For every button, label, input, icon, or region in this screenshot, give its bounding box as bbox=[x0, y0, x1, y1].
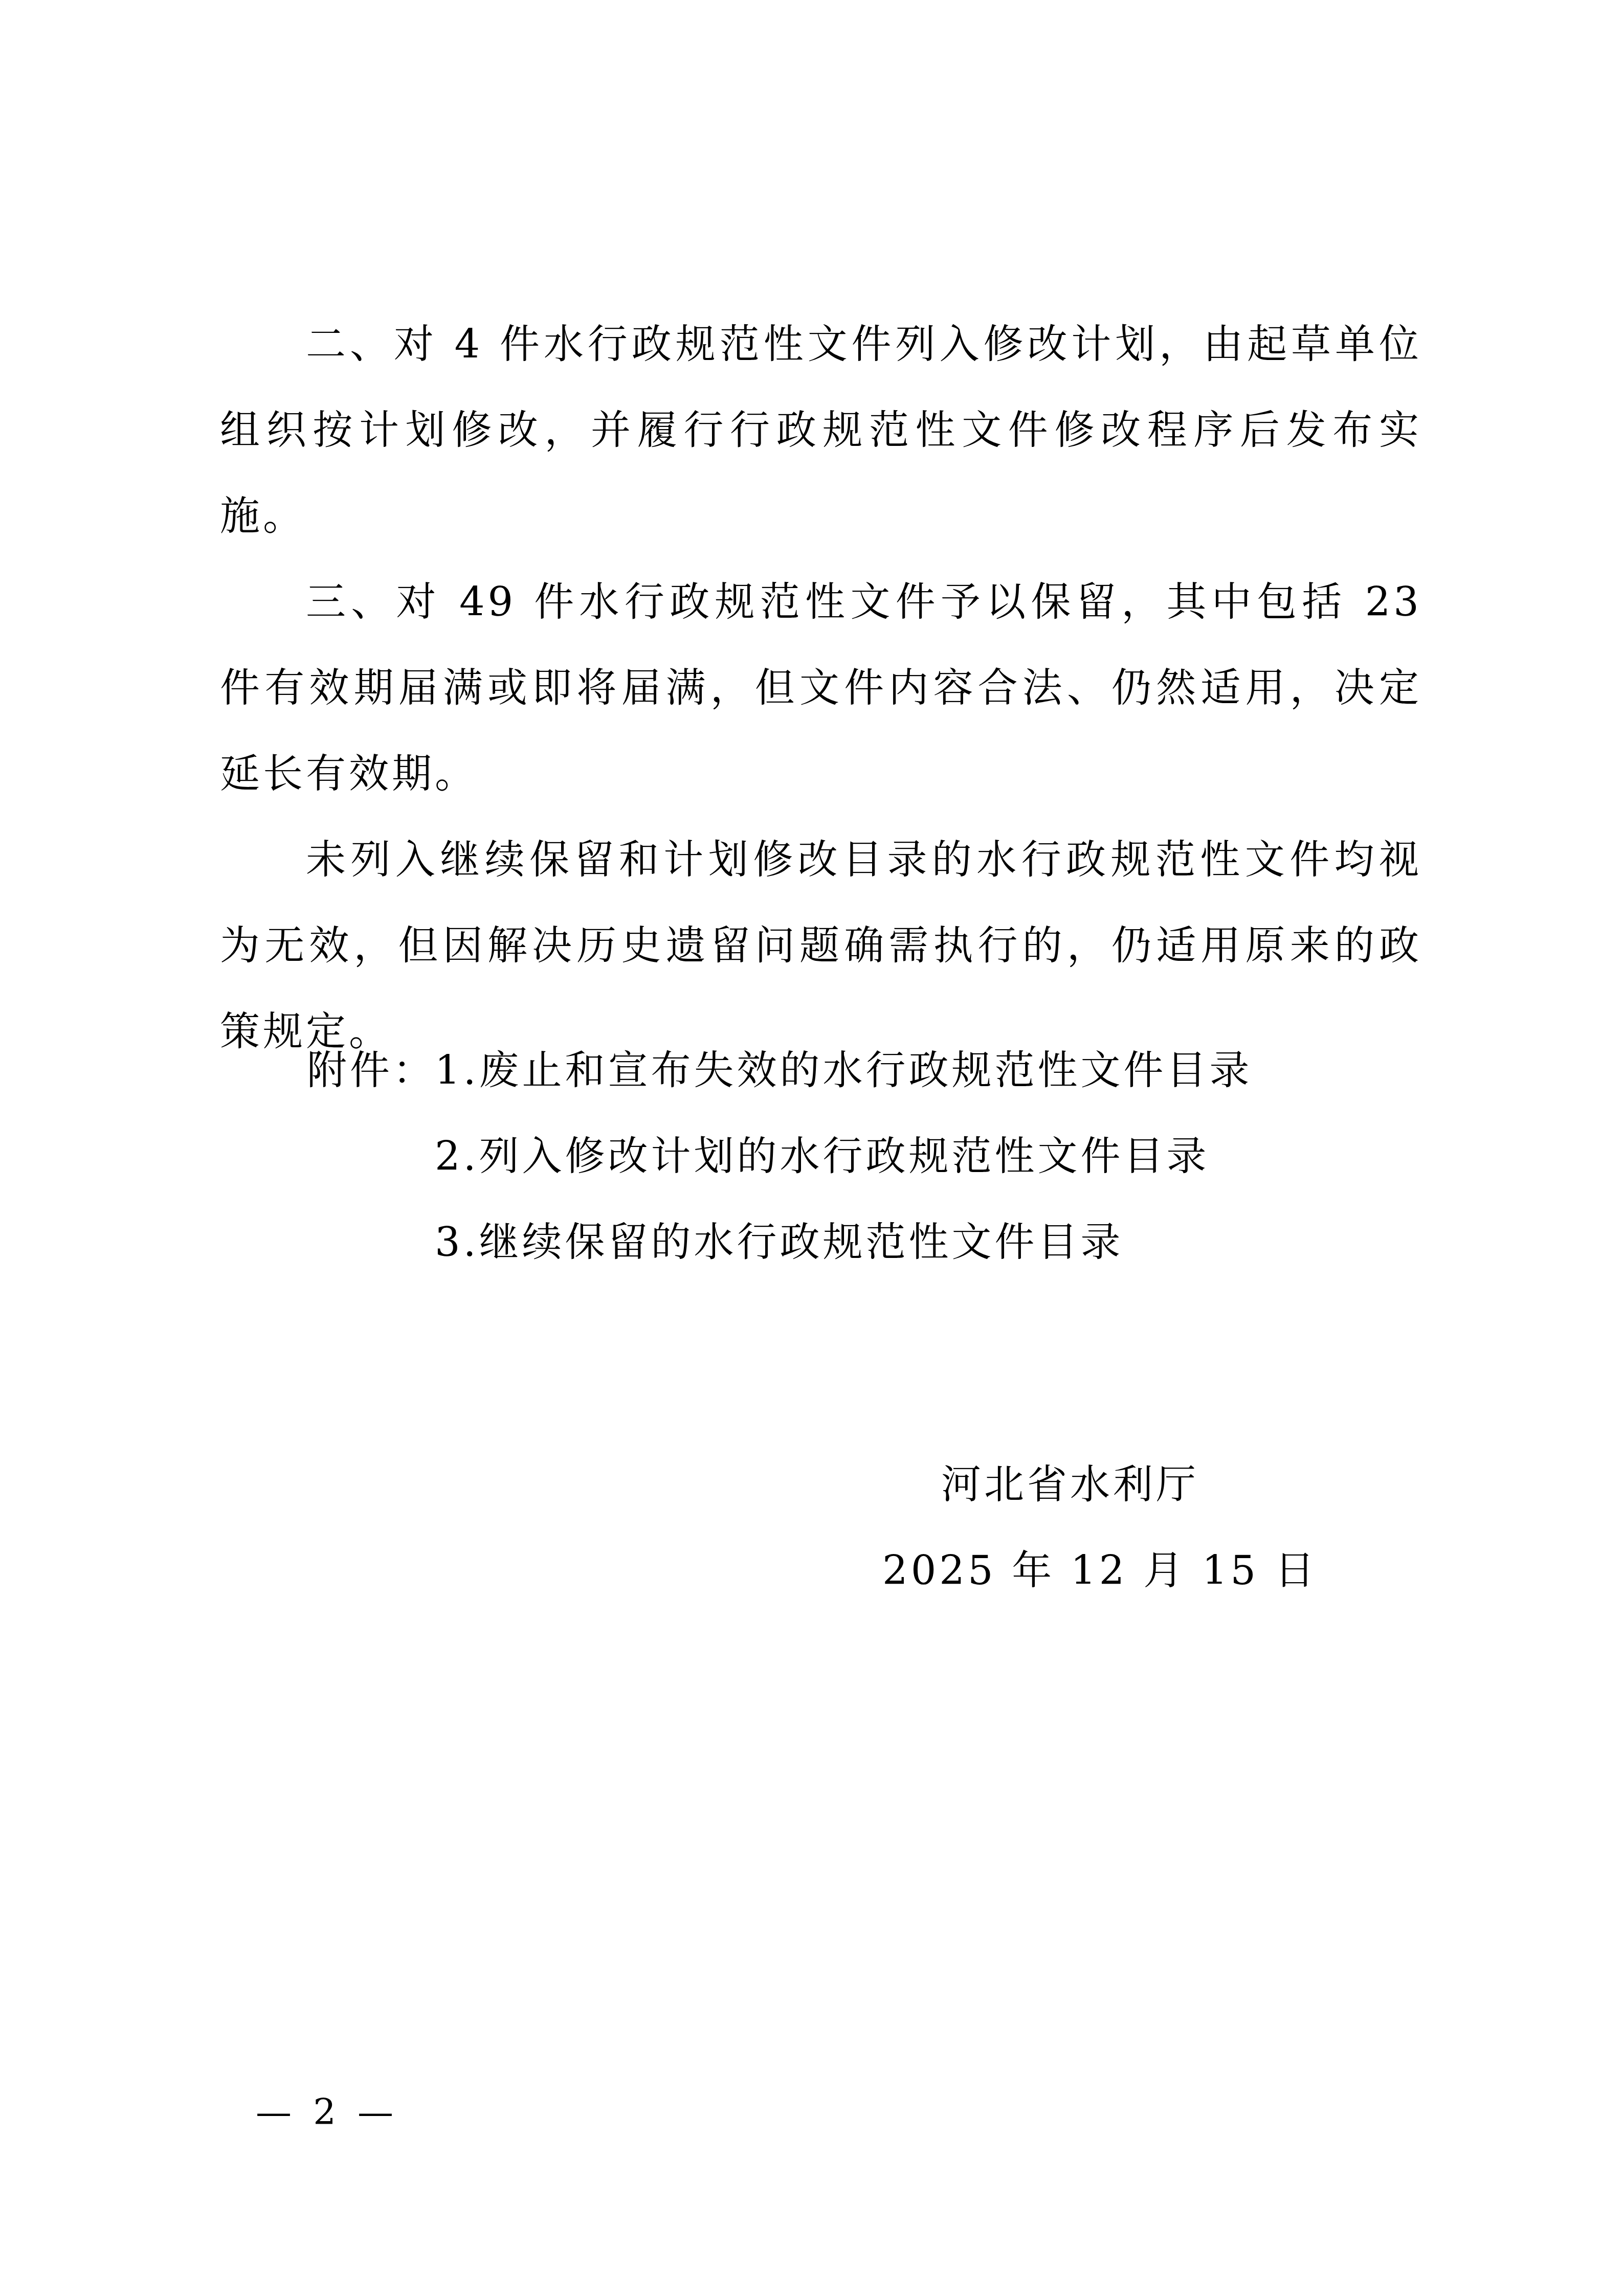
attachment-3: 3.继续保留的水行政规范性文件目录 bbox=[435, 1200, 1123, 1286]
attachment-item: 2.列入修改计划的水行政规范性文件目录 bbox=[307, 1114, 1252, 1200]
attachment-item: 3.继续保留的水行政规范性文件目录 bbox=[307, 1200, 1252, 1286]
attachment-1: 1.废止和宣布失效的水行政规范性文件目录 bbox=[435, 1028, 1252, 1114]
signature-organization: 河北省水利厅 bbox=[941, 1442, 1199, 1528]
document-page: 二、对 4 件水行政规范性文件列入修改计划，由起草单位组织按计划修改，并履行行政… bbox=[0, 0, 1624, 2296]
document-body: 二、对 4 件水行政规范性文件列入修改计划，由起草单位组织按计划修改，并履行行政… bbox=[220, 302, 1422, 1075]
paragraph-revision-plan: 二、对 4 件水行政规范性文件列入修改计划，由起草单位组织按计划修改，并履行行政… bbox=[220, 302, 1422, 559]
paragraph-retained-documents: 三、对 49 件水行政规范性文件予以保留，其中包括 23 件有效期届满或即将届满… bbox=[220, 559, 1422, 817]
attachment-item: 附件： 1.废止和宣布失效的水行政规范性文件目录 bbox=[307, 1028, 1252, 1114]
attachments-label: 附件： bbox=[307, 1028, 435, 1114]
attachment-2: 2.列入修改计划的水行政规范性文件目录 bbox=[435, 1114, 1209, 1200]
attachments-list: 附件： 1.废止和宣布失效的水行政规范性文件目录 2.列入修改计划的水行政规范性… bbox=[307, 1028, 1252, 1286]
page-number: — 2 — bbox=[256, 2086, 398, 2137]
signature-date: 2025 年 12 月 15 日 bbox=[882, 1528, 1318, 1614]
